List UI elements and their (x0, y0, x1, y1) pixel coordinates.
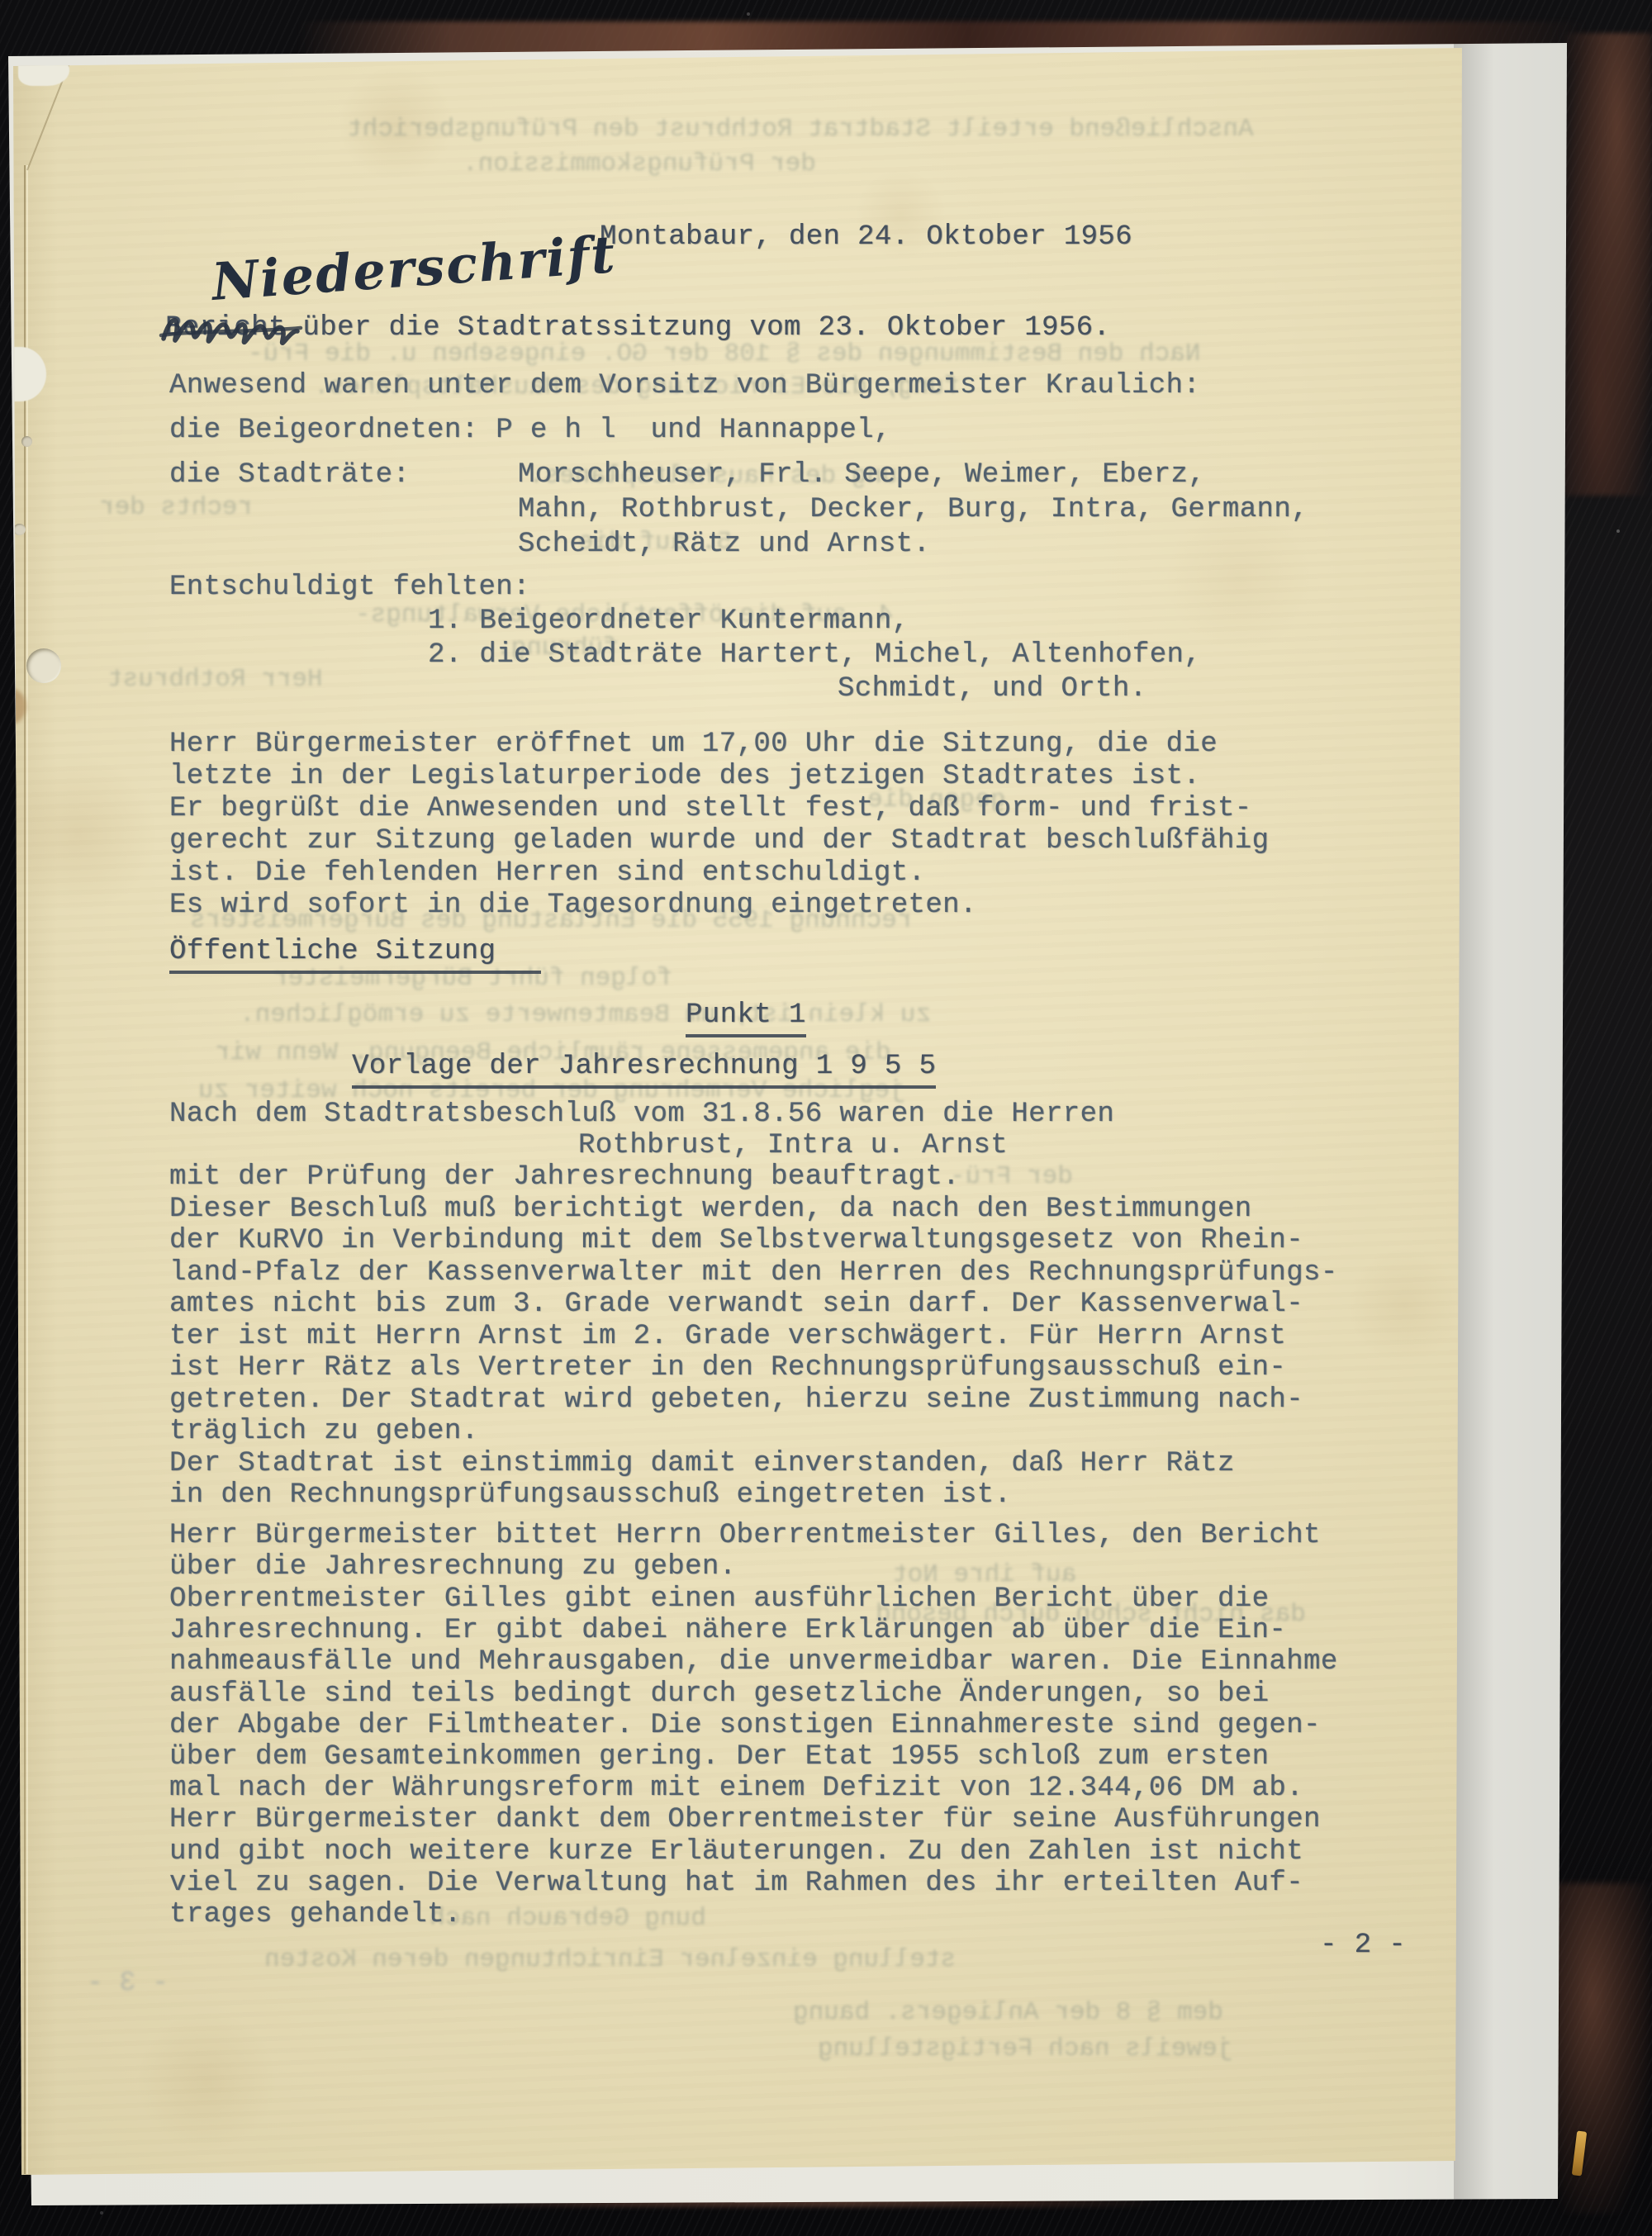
typed-text-line: Dieser Beschluß muß berichtigt werden, d… (169, 1194, 1252, 1225)
typed-text-line: 2. die Stadträte Hartert, Michel, Altenh… (428, 639, 1201, 671)
typed-text-line: letzte in der Legislaturperiode des jetz… (169, 761, 1200, 792)
typed-text-line: land-Pfalz der Kassenverwalter mit den H… (169, 1257, 1338, 1289)
typed-text-line: die Stadträte: (169, 459, 410, 491)
typed-text-line: Schmidt, und Orth. (838, 673, 1146, 705)
paper-page: Anschließend erteilt Stadtrat Rothbrust … (0, 0, 1652, 2236)
typed-text-line: Jahresrechnung. Er gibt dabei nähere Erk… (169, 1615, 1286, 1646)
ghost-text-line: Anschließend erteilt Stadtrat Rothbrust … (347, 116, 1254, 144)
typed-text-line: Punkt 1 (686, 999, 806, 1037)
typed-text-line: Scheidt, Rätz und Arnst. (518, 529, 930, 560)
typed-text-line: Er begrüßt die Anwesenden und stellt fes… (169, 793, 1252, 824)
typed-text-line: Morschheuser, Frl. Seepe, Weimer, Eberz, (518, 459, 1205, 491)
document-title-line: Bericht über die Stadtratssitzung vom 23… (165, 312, 1110, 344)
typed-text-line: über die Jahresrechnung zu geben. (169, 1551, 737, 1583)
typed-text-line: 1. Beigeordneter Kuntermann, (428, 605, 909, 637)
typed-text-line: in den Rechnungsprüfungsausschuß eingetr… (169, 1479, 1011, 1511)
title-rest-text: über die Stadtratssitzung vom 23. Oktobe… (286, 312, 1111, 344)
typed-text-line: die Beigeordneten: P e h l und Hannappel… (169, 415, 891, 446)
ghost-text-line: Nach den Bestimmungen des § 108 der GO. … (248, 340, 1200, 368)
ghost-text-line: der Prüfungskommission. (463, 150, 816, 178)
typed-text-line: Montabaur, den 24. Oktober 1956 (600, 221, 1132, 253)
typed-text-line: ter ist mit Herrn Arnst im 2. Grade vers… (169, 1321, 1286, 1352)
typed-text-line: Herr Bürgermeister eröffnet um 17,00 Uhr… (169, 729, 1218, 760)
ghost-text-line: zu klein ist, um Beamtenwerte zu ermögli… (240, 1001, 931, 1029)
typed-text-line: nahmeausfälle und Mehrausgaben, die unve… (169, 1646, 1338, 1678)
typed-text-line: Entschuldigt fehlten: (169, 572, 530, 603)
typed-text-line: träglich zu geben. (169, 1416, 478, 1447)
typed-text-line: Es wird sofort in die Tagesordnung einge… (169, 890, 977, 921)
typed-text-line: amtes nicht bis zum 3. Grade verwandt se… (169, 1289, 1303, 1320)
typed-text-line: Rothbrust, Intra u. Arnst (578, 1130, 1008, 1161)
typed-text-line: trages gehandelt. (169, 1899, 462, 1930)
typed-text-line: - 2 - (1320, 1930, 1406, 1961)
typed-text-line: Nach dem Stadtratsbeschluß vom 31.8.56 w… (169, 1099, 1114, 1130)
typed-text-line: über dem Gesamteinkommen gering. Der Eta… (169, 1741, 1269, 1773)
typed-text-line: der KuRVO in Verbindung mit dem Selbstve… (169, 1225, 1303, 1256)
typed-text-line: und gibt noch weitere kurze Erläuterunge… (169, 1836, 1303, 1868)
punch-hole-small-2 (13, 524, 26, 535)
ghost-page-number: - 3 - (87, 1968, 169, 1998)
typed-text-line: Anwesend waren unter dem Vorsitz von Bür… (169, 370, 1200, 401)
typed-text-line: Herr Bürgermeister dankt dem Oberrentmei… (169, 1804, 1321, 1835)
typed-text-line: getreten. Der Stadtrat wird gebeten, hie… (169, 1384, 1303, 1416)
dust-specks (0, 0, 2, 2)
typed-text-line: der Abgabe der Filmtheater. Die sonstige… (169, 1710, 1321, 1741)
typed-text-line: Mahn, Rothbrust, Decker, Burg, Intra, Ge… (518, 494, 1308, 525)
typed-text-line: Oberrentmeister Gilles gibt einen ausfüh… (169, 1583, 1269, 1615)
typed-text-line: mal nach der Währungsreform mit einem De… (169, 1773, 1303, 1804)
typed-text-line: Öffentliche Sitzung (169, 936, 541, 974)
fold-crease-highlight (26, 165, 28, 2174)
ghost-text-line: dem § 8 der Anliegers. baung (793, 1999, 1223, 2027)
ghost-text-line: rechts der (99, 494, 253, 522)
strikethrough-scribble-icon (159, 306, 304, 354)
typed-text-line: ist. Die fehlenden Herren sind entschuld… (169, 857, 925, 889)
typed-text-line: mit der Prüfung der Jahresrechnung beauf… (169, 1161, 960, 1193)
fold-crease (24, 165, 26, 2174)
ghost-text-line: der Frü- (950, 1163, 1073, 1191)
typed-text-line: ausfälle sind teils bedingt durch gesetz… (169, 1678, 1269, 1710)
ghost-text-line: jeweils nach Fertigstellung (818, 2035, 1232, 2063)
punch-hole-large (26, 648, 61, 683)
ghost-text-line: bung Gebrauch nach (430, 1905, 706, 1933)
typed-text-line: gerecht zur Sitzung geladen wurde und de… (169, 825, 1269, 857)
typed-text-line: viel zu sagen. Die Verwaltung hat im Rah… (169, 1868, 1303, 1899)
punch-hole-small-1 (21, 436, 32, 447)
page-overlap-shadow (1454, 41, 1512, 2201)
cover-marbling-bottom-right (1553, 1883, 1652, 2214)
document-scan: Anschließend erteilt Stadtrat Rothbrust … (0, 0, 1652, 2236)
typed-text-line: Der Stadtrat ist einstimmig damit einver… (169, 1448, 1235, 1479)
ghost-text-line: stellung einzelner Einrichtungen deren K… (264, 1946, 956, 1974)
struck-word: Bericht (165, 312, 286, 344)
ghost-text-line: Herr Rothbrust (107, 666, 322, 694)
typed-text-line: Vorlage der Jahresrechnung 1 9 5 5 (352, 1051, 936, 1089)
typed-text-line: ist Herr Rätz als Vertreter in den Rechn… (169, 1352, 1286, 1384)
typed-text-line: Herr Bürgermeister bittet Herrn Oberrent… (169, 1520, 1321, 1551)
